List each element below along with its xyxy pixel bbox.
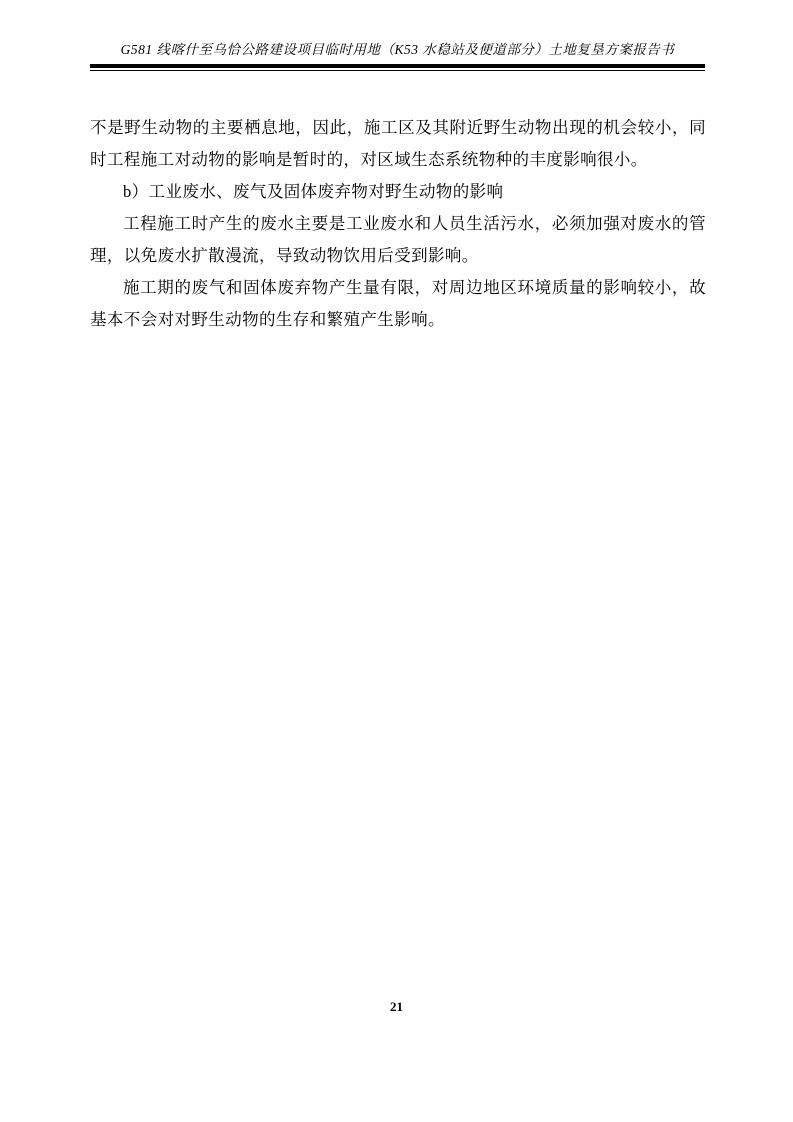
header-rule-thin <box>90 70 705 71</box>
document-body: 不是野生动物的主要栖息地，因此，施工区及其附近野生动物出现的机会较小，同时工程施… <box>90 112 706 336</box>
header-title: G581 线喀什至乌恰公路建设项目临时用地（K53 水稳站及便道部分）土地复垦方… <box>90 40 705 60</box>
page-number: 21 <box>390 999 403 1014</box>
section-heading-b: b）工业废水、废气及固体废弃物对野生动物的影响 <box>90 176 706 208</box>
header-rule-thick <box>90 64 705 68</box>
paragraph-continuation: 不是野生动物的主要栖息地，因此，施工区及其附近野生动物出现的机会较小，同时工程施… <box>90 112 706 176</box>
page-header: G581 线喀什至乌恰公路建设项目临时用地（K53 水稳站及便道部分）土地复垦方… <box>90 40 705 71</box>
paragraph-wastewater: 工程施工时产生的废水主要是工业废水和人员生活污水，必须加强对废水的管理，以免废水… <box>90 208 706 272</box>
page-footer: 21 <box>0 998 793 1016</box>
paragraph-waste-gas: 施工期的废气和固体废弃物产生量有限，对周边地区环境质量的影响较小，故基本不会对对… <box>90 272 706 336</box>
document-page: G581 线喀什至乌恰公路建设项目临时用地（K53 水稳站及便道部分）土地复垦方… <box>0 0 793 1122</box>
